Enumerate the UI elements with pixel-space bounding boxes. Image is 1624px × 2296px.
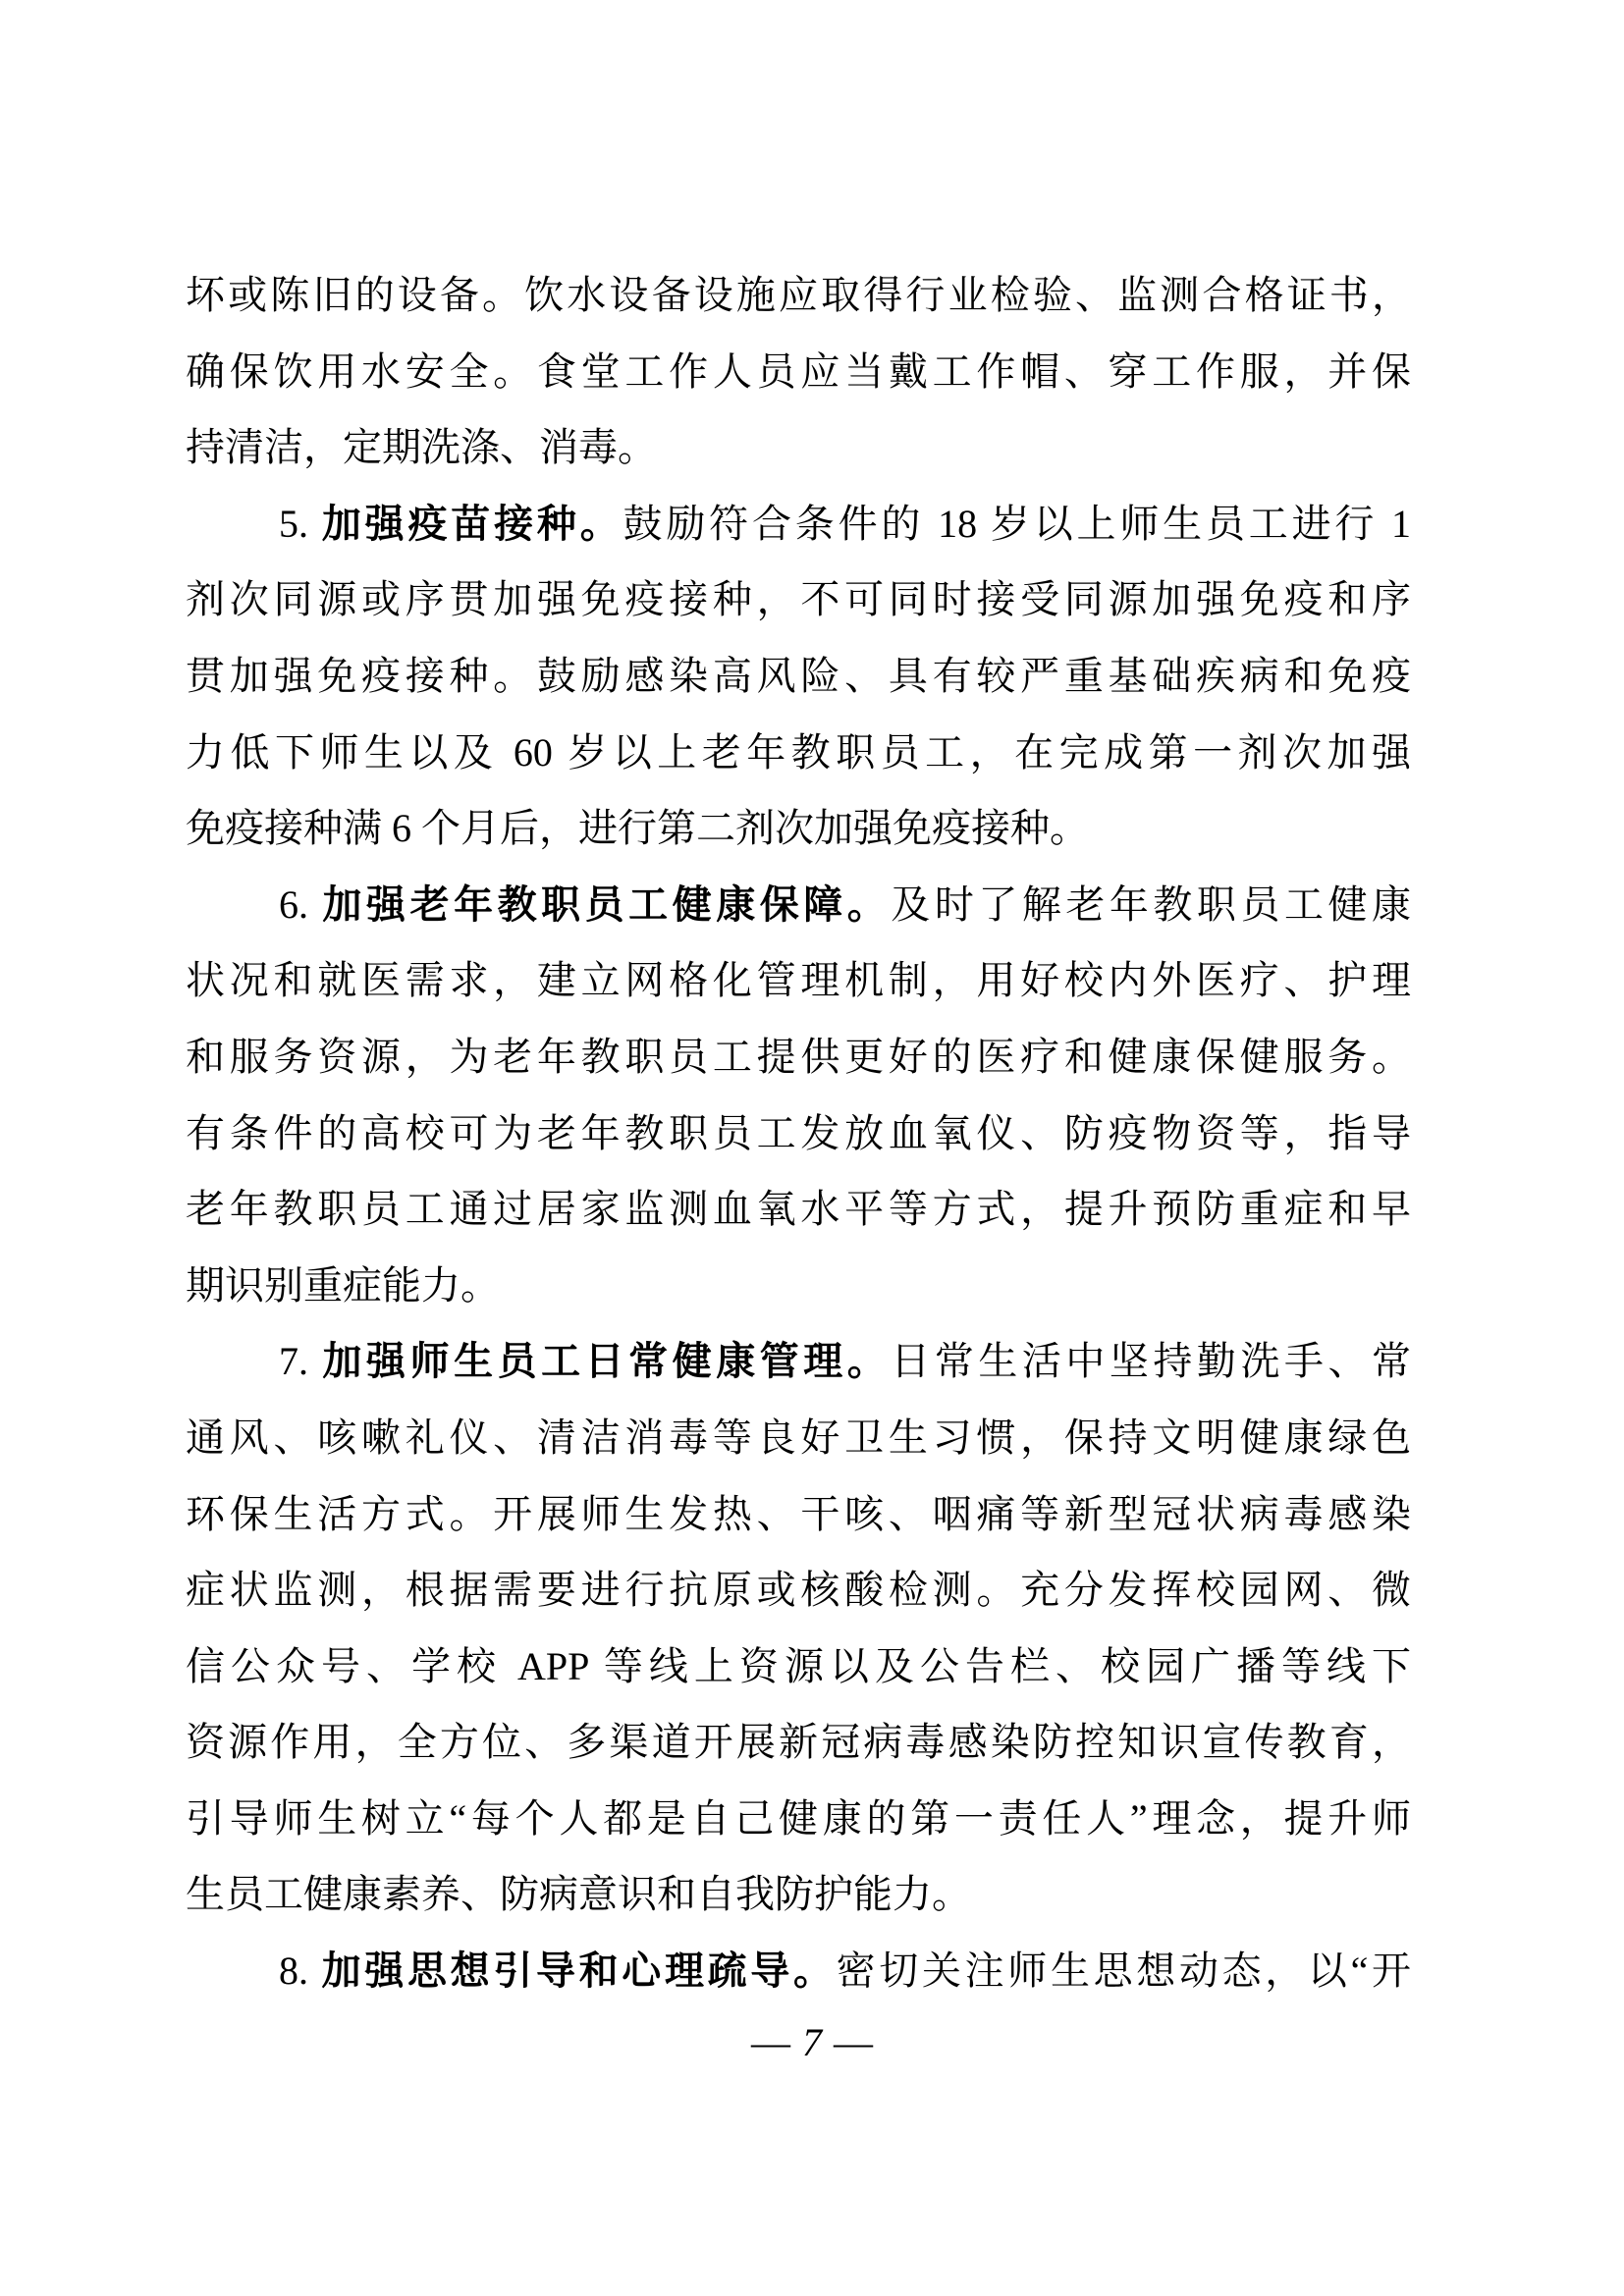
- text-line: 症状监测，根据需要进行抗原或核酸检测。充分发挥校园网、微: [186, 1552, 1411, 1629]
- text-line: 信公众号、学校 APP 等线上资源以及公告栏、校园广播等线下: [186, 1629, 1411, 1705]
- text-segment: 持清洁，定期洗涤、消毒。: [186, 425, 657, 469]
- text-segment: 贯加强免疫接种。鼓励感染高风险、具有较严重基础疾病和免疫: [186, 654, 1411, 698]
- footer-dash-right: —: [834, 2020, 873, 2064]
- text-segment: 环保生活方式。开展师生发热、干咳、咽痛等新型冠状病毒感染: [186, 1492, 1411, 1536]
- heading-segment: 加强疫苗接种。: [322, 502, 623, 546]
- text-line: 引导师生树立“每个人都是自己健康的第一责任人”理念，提升师: [186, 1781, 1411, 1857]
- text-segment: 力低下师生以及 60 岁以上老年教职员工，在完成第一剂次加强: [186, 730, 1411, 774]
- text-segment: 症状监测，根据需要进行抗原或核酸检测。充分发挥校园网、微: [186, 1568, 1411, 1612]
- text-line: 免疫接种满 6 个月后，进行第二剂次加强免疫接种。: [186, 790, 1411, 867]
- text-line: 资源作用，全方位、多渠道开展新冠病毒感染防控知识宣传教育，: [186, 1704, 1411, 1781]
- document-page: 坏或陈旧的设备。饮水设备设施应取得行业检验、监测合格证书，确保饮用水安全。食堂工…: [0, 0, 1624, 2296]
- text-line: 生员工健康素养、防病意识和自我防护能力。: [186, 1856, 1411, 1933]
- text-line: 状况和就医需求，建立网格化管理机制，用好校内外医疗、护理: [186, 942, 1411, 1019]
- text-line: 剂次同源或序贯加强免疫接种，不可同时接受同源加强免疫和序: [186, 561, 1411, 638]
- text-segment: 确保饮用水安全。食堂工作人员应当戴工作帽、穿工作服，并保: [186, 349, 1411, 394]
- text-segment: 免疫接种满 6 个月后，进行第二剂次加强免疫接种。: [186, 806, 1089, 850]
- text-segment: 日常生活中坚持勤洗手、常: [891, 1339, 1411, 1383]
- text-line: 通风、咳嗽礼仪、清洁消毒等良好卫生习惯，保持文明健康绿色: [186, 1400, 1411, 1476]
- text-segment: 资源作用，全方位、多渠道开展新冠病毒感染防控知识宣传教育，: [186, 1720, 1411, 1764]
- text-segment: 引导师生树立“每个人都是自己健康的第一责任人”理念，提升师: [186, 1796, 1411, 1841]
- text-segment: 有条件的高校可为老年教职员工发放血氧仪、防疫物资等，指导: [186, 1111, 1411, 1155]
- heading-segment: 加强老年教职员工健康保障。: [323, 882, 892, 927]
- heading-segment: 加强思想引导和心理疏导。: [322, 1949, 837, 1993]
- page-footer: —7—: [0, 2012, 1624, 2073]
- heading-segment: 加强师生员工日常健康管理。: [323, 1339, 892, 1383]
- text-segment: 通风、咳嗽礼仪、清洁消毒等良好卫生习惯，保持文明健康绿色: [186, 1415, 1411, 1460]
- text-line: 5. 加强疫苗接种。鼓励符合条件的 18 岁以上师生员工进行 1: [186, 486, 1411, 562]
- text-segment: 5.: [279, 502, 322, 546]
- text-segment: 期识别重症能力。: [186, 1263, 500, 1308]
- text-line: 贯加强免疫接种。鼓励感染高风险、具有较严重基础疾病和免疫: [186, 638, 1411, 715]
- text-segment: 老年教职员工通过居家监测血氧水平等方式，提升预防重症和早: [186, 1187, 1411, 1231]
- text-segment: 鼓励符合条件的 18 岁以上师生员工进行 1: [623, 502, 1411, 546]
- text-segment: 密切关注师生思想动态，以“开: [837, 1949, 1411, 1993]
- text-segment: 及时了解老年教职员工健康: [891, 882, 1411, 927]
- text-line: 8. 加强思想引导和心理疏导。密切关注师生思想动态，以“开: [186, 1933, 1411, 2009]
- text-segment: 剂次同源或序贯加强免疫接种，不可同时接受同源加强免疫和序: [186, 577, 1411, 621]
- page-number: 7: [802, 2020, 822, 2064]
- text-line: 确保饮用水安全。食堂工作人员应当戴工作帽、穿工作服，并保: [186, 334, 1411, 410]
- text-line: 有条件的高校可为老年教职员工发放血氧仪、防疫物资等，指导: [186, 1095, 1411, 1172]
- text-line: 坏或陈旧的设备。饮水设备设施应取得行业检验、监测合格证书，: [186, 257, 1411, 334]
- footer-dash-left: —: [751, 2020, 790, 2064]
- text-line: 持清洁，定期洗涤、消毒。: [186, 409, 1411, 486]
- text-line: 环保生活方式。开展师生发热、干咳、咽痛等新型冠状病毒感染: [186, 1476, 1411, 1553]
- text-segment: 生员工健康素养、防病意识和自我防护能力。: [186, 1872, 971, 1916]
- text-segment: 6.: [279, 882, 323, 927]
- text-line: 期识别重症能力。: [186, 1248, 1411, 1324]
- text-segment: 7.: [279, 1339, 323, 1383]
- text-segment: 坏或陈旧的设备。饮水设备设施应取得行业检验、监测合格证书，: [186, 273, 1411, 317]
- text-line: 老年教职员工通过居家监测血氧水平等方式，提升预防重症和早: [186, 1171, 1411, 1248]
- text-line: 7. 加强师生员工日常健康管理。日常生活中坚持勤洗手、常: [186, 1323, 1411, 1400]
- text-segment: 信公众号、学校 APP 等线上资源以及公告栏、校园广播等线下: [186, 1644, 1411, 1688]
- text-segment: 状况和就医需求，建立网格化管理机制，用好校内外医疗、护理: [186, 958, 1411, 1002]
- text-line: 和服务资源，为老年教职员工提供更好的医疗和健康保健服务。: [186, 1019, 1411, 1095]
- text-line: 6. 加强老年教职员工健康保障。及时了解老年教职员工健康: [186, 867, 1411, 943]
- text-line: 力低下师生以及 60 岁以上老年教职员工，在完成第一剂次加强: [186, 715, 1411, 791]
- document-body: 坏或陈旧的设备。饮水设备设施应取得行业检验、监测合格证书，确保饮用水安全。食堂工…: [186, 257, 1411, 2009]
- text-segment: 8.: [279, 1949, 322, 1993]
- text-segment: 和服务资源，为老年教职员工提供更好的医疗和健康保健服务。: [186, 1035, 1411, 1079]
